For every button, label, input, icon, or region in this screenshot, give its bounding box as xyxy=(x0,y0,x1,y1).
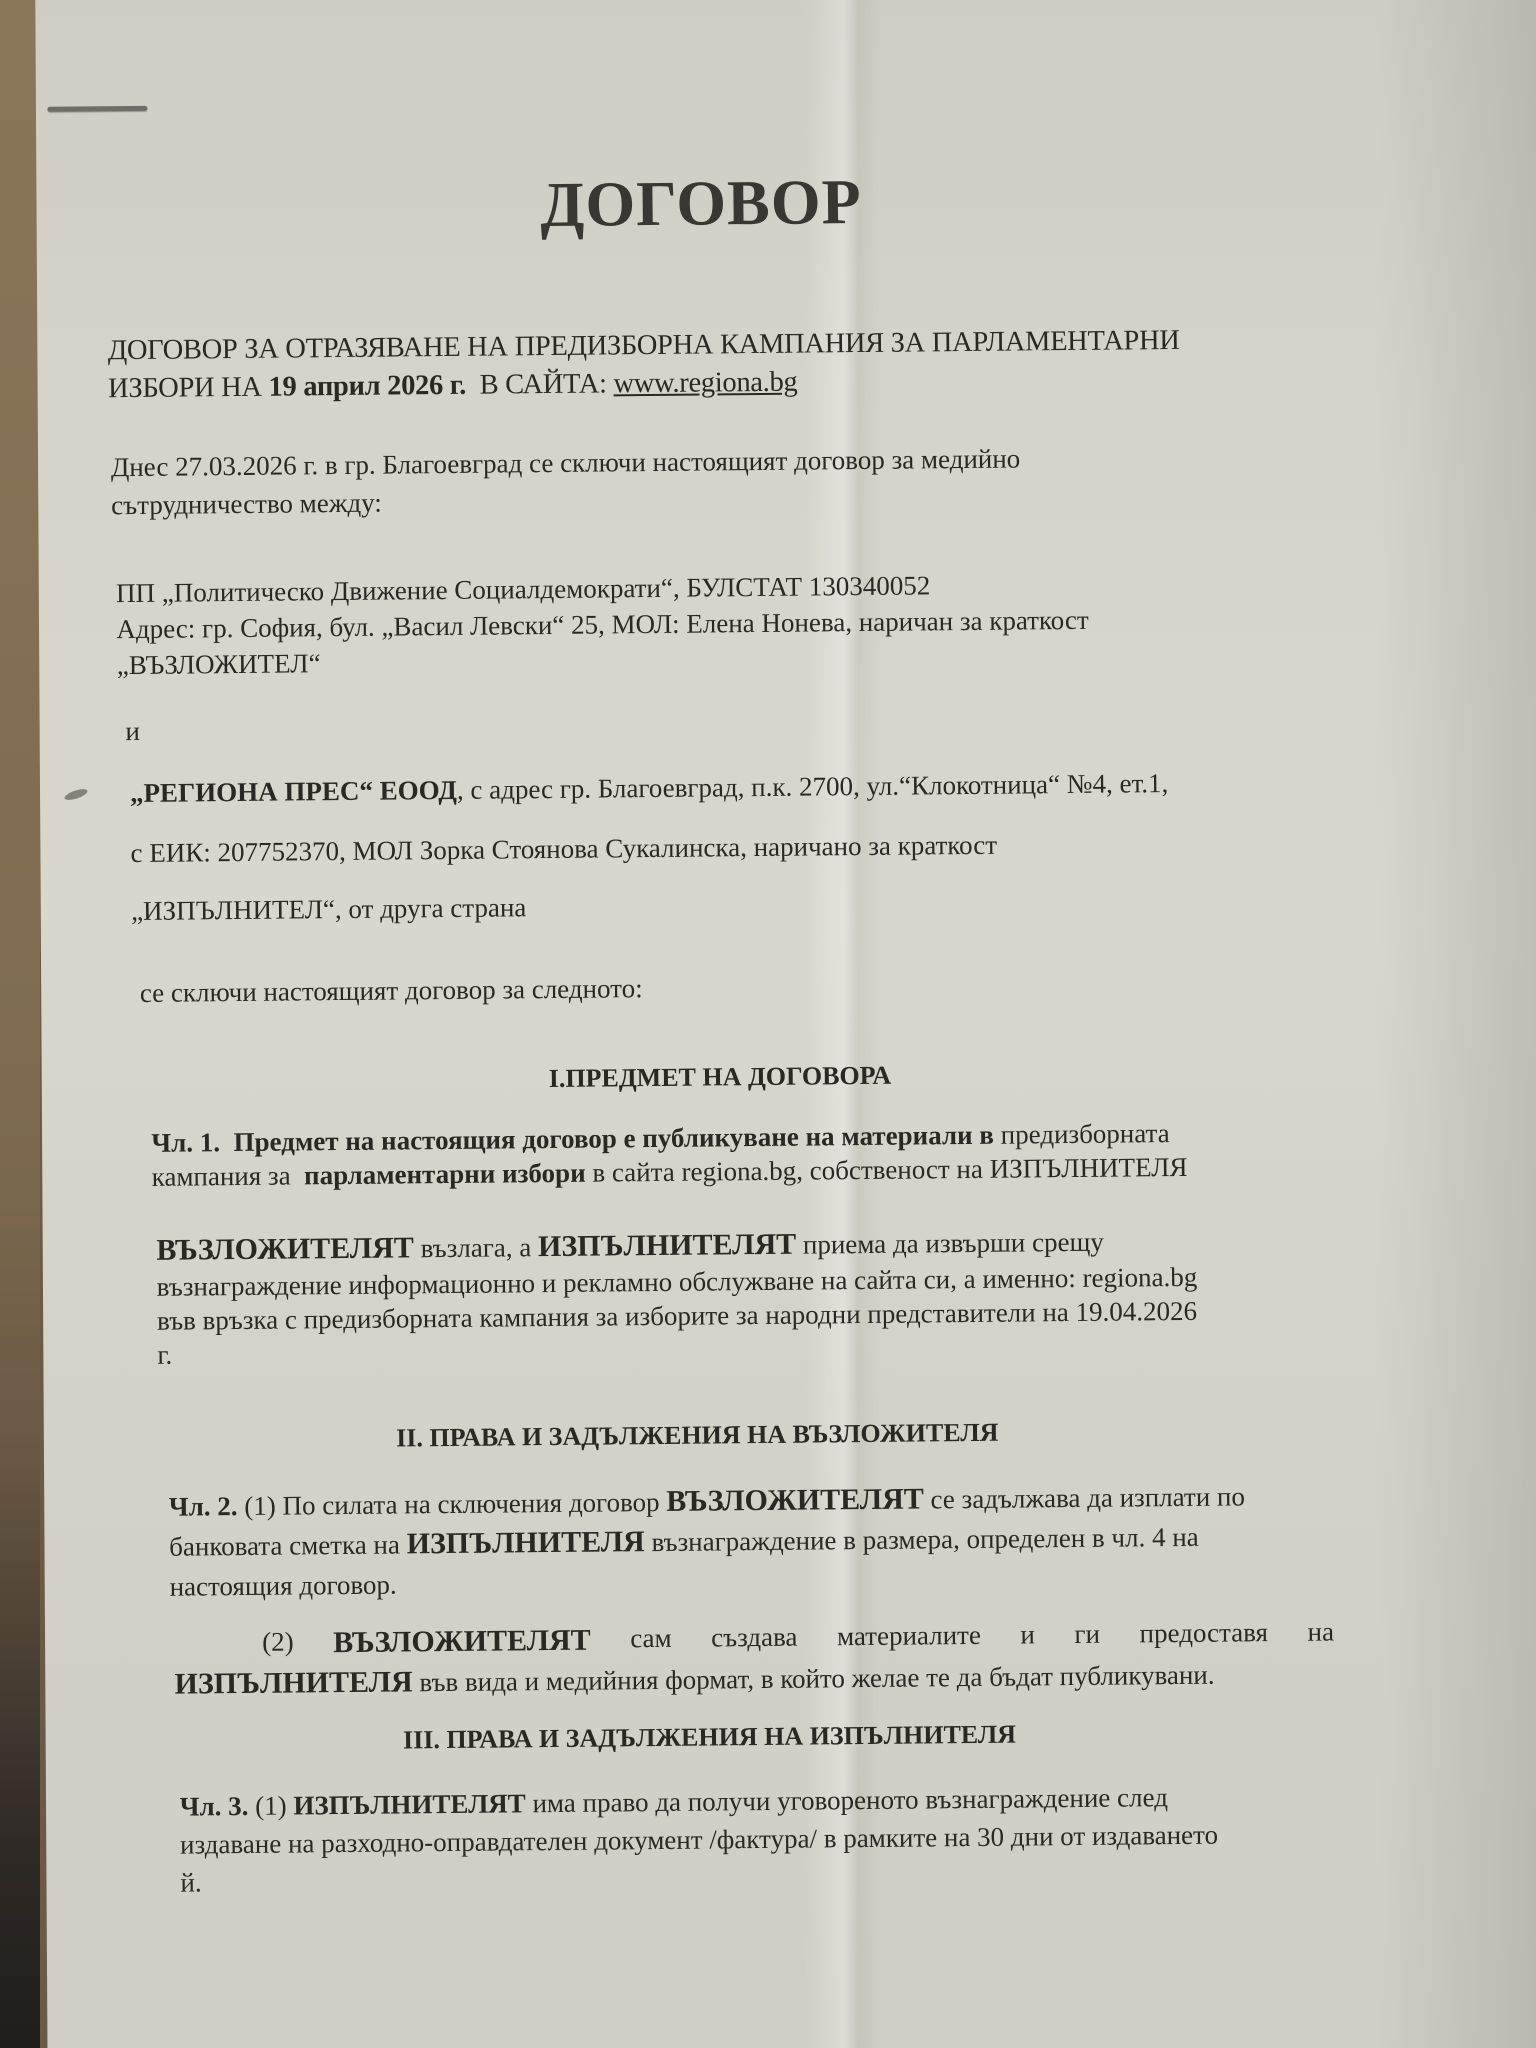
article-2-line-2: банковата сметка на ИЗПЪЛНИТЕЛЯ възнагра… xyxy=(169,1520,1199,1564)
party2-line-3: „ИЗПЪЛНИТЕЛ“, от друга страна xyxy=(131,890,527,928)
party2-name: „РЕГИОНА ПРЕС“ ЕООД xyxy=(130,775,457,808)
article-3-line-3: й. xyxy=(180,1865,202,1899)
section-2-heading: II. ПРАВА И ЗАДЪЛЖЕНИЯ НА ВЪЗЛОЖИТЕЛЯ xyxy=(396,1418,998,1454)
party1-line-1: ПП „Политическо Движение Социалдемократи… xyxy=(116,568,931,610)
article-2-label: Чл. 2. xyxy=(169,1491,238,1522)
intro-line-1: Днес 27.03.2026 г. в гр. Благоевград се … xyxy=(111,441,1021,484)
staple-mark xyxy=(47,106,147,112)
party2-line-2: с ЕИК: 207752370, МОЛ Зорка Стоянова Сук… xyxy=(130,828,997,870)
agreement-intro: се сключи настоящият договор за следното… xyxy=(140,971,643,1010)
justified-word: (2) xyxy=(262,1627,294,1661)
justified-word: предоставя xyxy=(1139,1617,1268,1652)
article-3-line-2: издаване на разходно-оправдателен докуме… xyxy=(180,1818,1218,1862)
justified-word: ги xyxy=(1074,1619,1100,1653)
article-2-line-1: Чл. 2. (1) По силата на сключения догово… xyxy=(169,1479,1245,1523)
party1-line-2: Адрес: гр. София, бул. „Васил Левски“ 25… xyxy=(116,603,1089,646)
election-date: 19 април 2026 г. xyxy=(268,370,466,403)
conjunction-and: и xyxy=(125,714,140,748)
subtitle-prefix: ИЗБОРИ НА xyxy=(108,372,269,405)
article-3-line-1: Чл. 3. (1) ИЗПЪЛНИТЕЛЯТ има право да пол… xyxy=(180,1780,1168,1823)
website-link[interactable]: www.regiona.bg xyxy=(613,367,797,400)
justified-word: сам xyxy=(630,1623,672,1657)
party1-line-3: „ВЪЗЛОЖИТЕЛ“ xyxy=(117,646,321,682)
justified-word: материалите xyxy=(837,1620,981,1655)
section-1-paragraph-line-4: г. xyxy=(157,1338,172,1372)
section-3-heading: III. ПРАВА И ЗАДЪЛЖЕНИЯ НА ИЗПЪЛНИТЕЛЯ xyxy=(403,1720,1016,1756)
subtitle-line-2: ИЗБОРИ НА 19 април 2026 г. В САЙТА: www.… xyxy=(108,366,798,407)
article-2-paragraph-2-line-1: (2)ВЪЗЛОЖИТЕЛЯТсамсъздаваматериалитеигип… xyxy=(262,1617,1334,1661)
justified-word: създава xyxy=(711,1622,798,1657)
party2-line-1: „РЕГИОНА ПРЕС“ ЕООД, с адрес гр. Благоев… xyxy=(130,766,1169,810)
document-page: ДОГОВОР ДОГОВОР ЗА ОТРАЗЯВАНЕ НА ПРЕДИЗБ… xyxy=(0,0,1536,2048)
site-label: В САЙТА: xyxy=(466,368,614,400)
document-title: ДОГОВОР xyxy=(540,165,862,242)
section-1-heading: I.ПРЕДМЕТ НА ДОГОВОРА xyxy=(549,1061,892,1094)
article-2-line-3: настоящия договор. xyxy=(169,1568,396,1604)
justified-word: на xyxy=(1307,1617,1334,1651)
article-1-label: Чл. 1. xyxy=(151,1127,220,1158)
justified-word: и xyxy=(1020,1619,1035,1653)
ink-smudge xyxy=(63,787,88,802)
justified-word: ВЪЗЛОЖИТЕЛЯТ xyxy=(333,1624,591,1660)
subtitle-line-1: ДОГОВОР ЗА ОТРАЗЯВАНЕ НА ПРЕДИЗБОРНА КАМ… xyxy=(108,324,1180,368)
article-3-label: Чл. 3. xyxy=(180,1791,249,1822)
intro-line-2: сътрудничество между: xyxy=(111,486,382,523)
article-2-paragraph-2-line-2: ИЗПЪЛНИТЕЛЯ във вида и медийния формат, … xyxy=(174,1658,1214,1702)
party2-address: , с адрес гр. Благоевград, п.к. 2700, ул… xyxy=(457,768,1169,805)
